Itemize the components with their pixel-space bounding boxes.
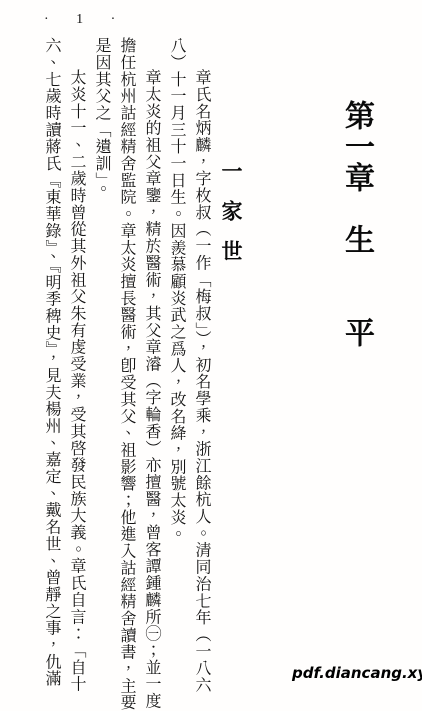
paragraph-2: 章太炎的祖父章鑒，精於醫術，其父章濬（字輪香）亦擅醫，曾客譚鍾麟所㊀；並一度擔任… — [89, 37, 164, 711]
paragraph-3: 太炎十一、二歲時曾從其外祖父朱有虔受業，受其啓發民族大義。章氏自言：「自十六、七… — [39, 37, 89, 711]
chapter-title: 第一章 生 平 — [334, 100, 378, 370]
paragraph-1: 章氏名炳麟，字枚叔（一作「梅叔」），初名學乘，浙江餘杭人。清同治七年（一八六八）… — [164, 37, 214, 711]
watermark: pdf.diancang.xyz — [292, 664, 422, 682]
section-title: 一家世 — [216, 160, 246, 290]
page-number: · 1 · — [44, 12, 127, 28]
book-page: · 1 · 第一章 生 平 一家世 章氏名炳麟，字枚叔（一作「梅叔」），初名學乘… — [0, 0, 422, 711]
body-text: 章氏名炳麟，字枚叔（一作「梅叔」），初名學乘，浙江餘杭人。清同治七年（一八六八）… — [34, 37, 214, 711]
